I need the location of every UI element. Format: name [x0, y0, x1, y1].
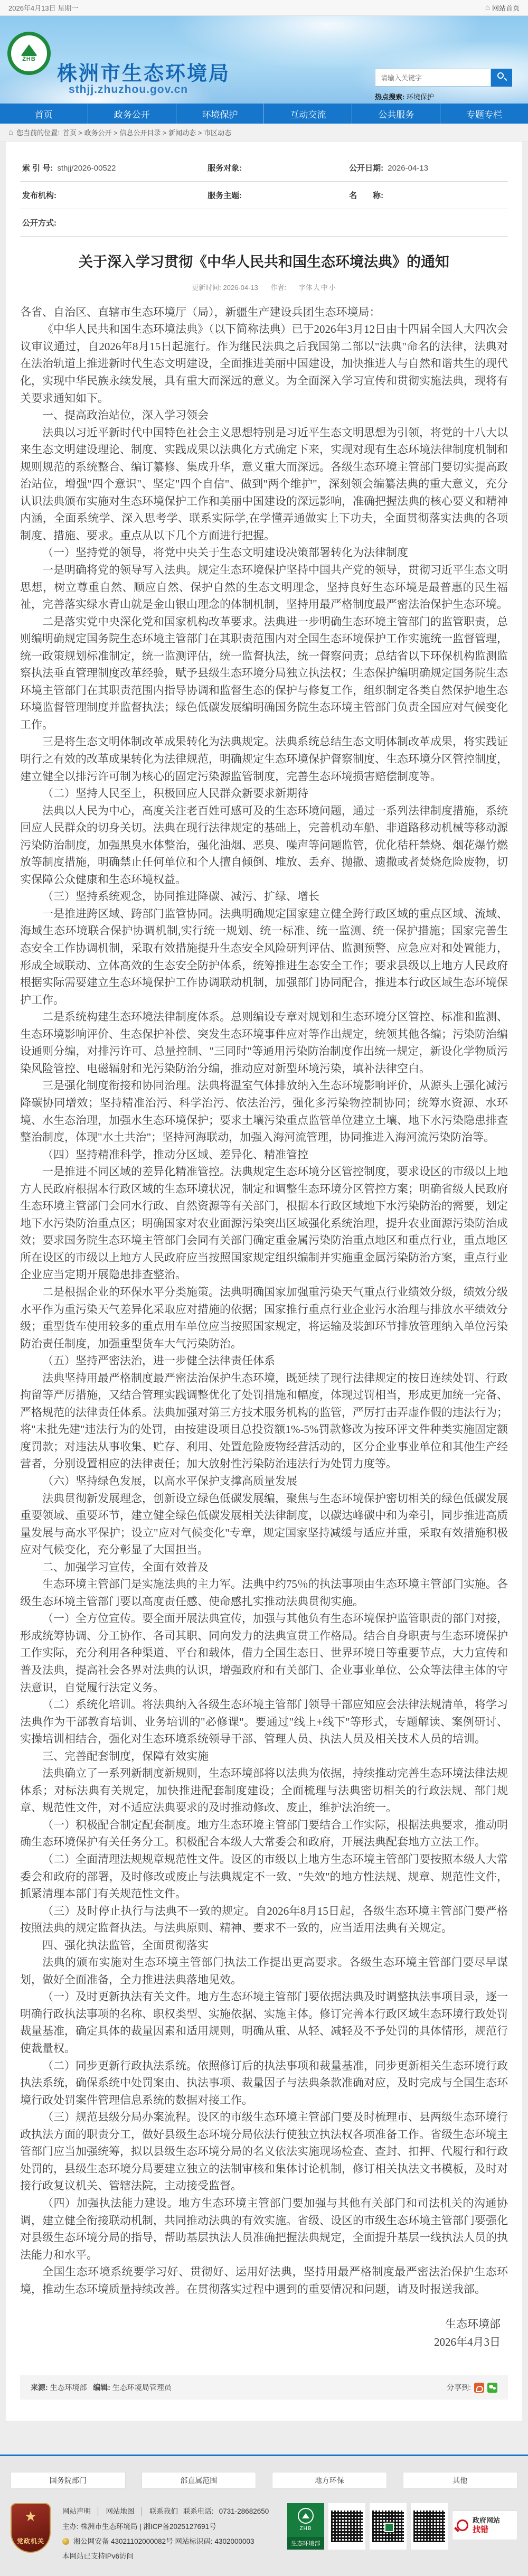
article-paragraph: 各省、自治区、直辖市生态环境厅（局），新疆生产建设兵团生态环境局： [20, 304, 508, 321]
home-icon: ⌂ [485, 4, 490, 12]
article-paragraph: （五）坚持严密法治，进一步健全法律责任体系 [20, 1352, 508, 1370]
badge-label: 党政机关 [17, 2536, 44, 2545]
article-paragraph: （三）规范县级分局办案流程。设区的市级生态环境主管部门要及时梳理市、县两级生态环… [20, 2109, 508, 2195]
editor-label: 编辑: [93, 2383, 110, 2392]
source-bar: 来源: 生态环境部 编辑: 生态环境局管理员 分享到: [20, 2375, 508, 2400]
meta-value: sthjj/2026-00522 [58, 164, 116, 173]
article-paragraph: （二）系统化培训。将法典纳入各级生态环境主管部门领导干部应知应会法律法规清单，将… [20, 1696, 508, 1748]
search-icon [497, 72, 504, 79]
article-paragraph: 法典以习近平新时代中国特色社会主义思想特别是习近平生态文明思想为引领，将党的十八… [20, 424, 508, 545]
qr-code-3 [411, 2503, 448, 2550]
mee-zhb-text: ZHB [300, 2526, 312, 2532]
footer-main: ★ 党政机关 网站声明│ 网站地图│ 联系我们 联系电话: 0731-28682… [11, 2503, 517, 2564]
qr-code-1 [328, 2503, 365, 2550]
article-title: 关于深入学习贯彻《中华人民共和国生态环境法典》的通知 [41, 252, 487, 273]
article-paragraph: （三）及时停止执行与法典不一致的规定。自2026年8月15日起，各级生态环境主管… [20, 1903, 508, 1937]
site-code-label: 网站标识码: [175, 2537, 212, 2545]
meta-cell: 公开日期: 2026-04-13 [347, 154, 508, 182]
article-paragraph: 一是推进跨区域、跨部门监管协同。法典明确规定国家建立健全跨行政区域的重点区域、流… [20, 905, 508, 1008]
footer-info: 网站声明│ 网站地图│ 联系我们 联系电话: 0731-28682650 主办:… [62, 2503, 276, 2564]
source-editor: 来源: 生态环境部 编辑: 生态环境局管理员 [31, 2382, 172, 2393]
article-paragraph: （二）全面清理法规规章规范性文件。设区的市级以上地方生态环境主管部门要按照本级人… [20, 1851, 508, 1903]
article-paragraph: （三）坚持系统观念，协同推进降碳、减污、扩绿、增长 [20, 888, 508, 905]
error-magnifier-icon [457, 2519, 468, 2531]
article-paragraph: 法典贯彻新发展理念，创新设立绿色低碳发展编，聚焦与生态环境保护密切相关的绿色低碳… [20, 1490, 508, 1559]
footer-dropdown[interactable]: 部直属范围 [142, 2472, 257, 2488]
meta-cell: 服务主题: [205, 182, 347, 209]
meta-label: 发布机构: [22, 191, 56, 200]
font-size-large[interactable]: 大 [313, 284, 320, 292]
footer-link-contact[interactable]: 联系我们 [149, 2504, 178, 2519]
article-paragraph: （六）坚持绿色发展，以高水平保护支撑高质量发展 [20, 1473, 508, 1490]
source-label: 来源: [31, 2383, 48, 2392]
meta-label: 公开日期: [349, 164, 383, 173]
font-size-medium[interactable]: 中 [321, 284, 328, 292]
footer-link-selects: 国务院部门部直属范围地方环保其他 [11, 2472, 517, 2488]
meta-cell: 公开方式: [20, 209, 508, 237]
article-paragraph: 《中华人民共和国生态环境法典》（以下简称法典）已于2026年3月12日由十四届全… [20, 321, 508, 407]
breadcrumb-label: 您当前的位置: [16, 127, 60, 137]
meta-label: 名 称: [349, 191, 383, 200]
font-size-control: 字体大中小 [299, 284, 336, 292]
search-input[interactable] [375, 69, 491, 87]
current-date: 2026年4月13日 星期一 [8, 3, 78, 13]
mee-logo: ZHB 生态环境部 [287, 2503, 324, 2550]
gov-site-error-report-badge[interactable]: 政府网站 找错 [452, 2511, 517, 2540]
agency-logo: ZHB [7, 32, 51, 75]
article-paragraph: 二、加强学习宣传，全面有效普及 [20, 1559, 508, 1576]
signature-org: 生态环境部 [20, 2316, 508, 2334]
author-label: 作者: [271, 284, 287, 292]
meta-cell: 服务对象: [205, 154, 347, 182]
mee-name: 生态环境部 [287, 2537, 324, 2550]
article-paragraph: （二）同步更新行政执法系统。依照修订后的执法事项和裁量基准，同步更新相关生态环境… [20, 2057, 508, 2109]
article-paragraph: （一）坚持党的领导，将党中央关于生态文明建设决策部署转化为法律制度 [20, 544, 508, 561]
footer-link-sitemap[interactable]: 网站地图 [106, 2504, 134, 2519]
top-bar: 2026年4月13日 星期一 ⌂ 网站首页 [0, 0, 528, 16]
article-paragraph: 三是将生态文明体制改革成果转化为法典规定。法典系统总结生态文明体制改革成果，将实… [20, 733, 508, 785]
document-meta-table: 索 引 号: sthjj/2026-00522 服务对象: 公开日期: 2026… [20, 154, 508, 209]
link-separator: │ [96, 2504, 100, 2519]
error-badge-line2: 找错 [473, 2525, 500, 2535]
share-row: 分享到: [447, 2382, 497, 2393]
hot-search-term[interactable]: 环境保护 [407, 93, 434, 101]
footer-security-row: 湘公网安备 43021102000082号 网站标识码: 4302000003 [62, 2534, 276, 2549]
article-paragraph: 一是推进不同区域的差异化精准管控。法典规定生态环境分区管控制度，要求设区的市级以… [20, 1163, 508, 1284]
article-paragraph: 三是强化制度衔接和协同治理。法典将温室气体排放纳入生态环境影响评价，从源头上强化… [20, 1077, 508, 1146]
meta-label: 公开方式: [22, 219, 56, 228]
site-footer: 国务院部门部直属范围地方环保其他 ★ 党政机关 网站声明│ 网站地图│ 联系我们… [0, 2456, 528, 2575]
update-time: 更新时间: 2026-04-13 [192, 284, 258, 292]
signature-block: 生态环境部 2026年4月3日 [20, 2316, 508, 2351]
article-paragraph: （二）坚持人民至上，积极回应人民群众新要求新期待 [20, 785, 508, 802]
nav-item[interactable]: 互动交流 [264, 104, 352, 124]
home-link-label: 网站首页 [492, 3, 520, 13]
article-paragraph: 法典以人民为中心，高度关注老百姓可感可及的生态环境问题，通过一系列法律制度措施，… [20, 802, 508, 888]
source-value: 生态环境部 [50, 2383, 87, 2392]
nav-item[interactable]: 政务公开 [88, 104, 176, 124]
hot-search-label: 热点搜索: [375, 93, 404, 101]
hot-search: 热点搜索: 环境保护 [375, 91, 512, 101]
article-paragraph: 一是明确将党的领导写入法典。规定生态环境保护坚持中国共产党的领导，贯彻习近平生态… [20, 561, 508, 613]
signature-date: 2026年4月3日 [20, 2334, 508, 2352]
security-number: 湘公网安备 43021102000082号 [73, 2537, 173, 2545]
article-paragraph: （四）坚持精准科学，推动分区域、差异化、精准管控 [20, 1146, 508, 1164]
article-paragraph: 全国生态环境系统要学习好、贯彻好、运用好法典，坚持用最严格制度最严密法治保护生态… [20, 2263, 508, 2298]
breadcrumb-path[interactable]: 首页 > 政务公开 > 信息公开目录 > 新闻动态 > 市区动态 [63, 127, 231, 137]
qr-image [331, 2511, 363, 2542]
weibo-share-icon[interactable] [474, 2383, 484, 2393]
nav-item[interactable]: 首页 [0, 104, 88, 124]
article-paragraph: （一）及时更新执法有关文件。地方生态环境主管部门要依据法典及时调整执法事项目录，… [20, 1988, 508, 2057]
organizer: 主办: 株洲市生态环境局 [62, 2523, 138, 2531]
article-paragraph: 二是系统构建生态环境法律制度体系。总则编设专章对规划和生态环境分区管控、标准和监… [20, 1008, 508, 1077]
article-paragraph: （一）积极配合制定配套制度。地方生态环境主管部门要结合工作实际，根据法典要求，推… [20, 1816, 508, 1851]
editor-value: 生态环境局管理员 [112, 2383, 172, 2392]
footer-dropdown[interactable]: 国务院部门 [11, 2472, 126, 2488]
font-size-small[interactable]: 小 [329, 284, 336, 292]
nav-item[interactable]: 专题专栏 [440, 104, 528, 124]
meta-cell: 发布机构: [20, 182, 205, 209]
article-paragraph: （四）加强执法能力建设。地方生态环境主管部门要加强与其他有关部门和司法机关的沟通… [20, 2195, 508, 2263]
phone-number: 0731-28682650 [219, 2504, 269, 2519]
article-paragraph: 四、强化执法监管，全面贯彻落实 [20, 1937, 508, 1954]
footer-organizer-row: 主办: 株洲市生态环境局 | 湘ICP备2025127691号 [62, 2519, 276, 2534]
nav-item[interactable]: 环境保护 [176, 104, 265, 124]
logo-mountain-icon [21, 44, 37, 56]
footer-ipv6-row: 本网站已支持IPv6访问 [62, 2549, 276, 2564]
party-government-badge: ★ 党政机关 [11, 2503, 51, 2553]
article-meta-row: 更新时间: 2026-04-13 作者: 字体大中小 [20, 282, 508, 292]
logo-zhb-text: ZHB [22, 56, 36, 62]
article-paragraph: （一）全方位宣传。要全面开展法典宣传，加强与其他负有生态环境保护监管职责的部门对… [20, 1610, 508, 1696]
site-url: sthjj.zhuzhou.gov.cn [69, 83, 188, 96]
wechat-share-icon[interactable] [487, 2383, 497, 2393]
icp-number: 湘ICP备2025127691号 [144, 2523, 216, 2531]
qr-image [372, 2511, 404, 2542]
article-paragraph: 一、提高政治站位，深入学习领会 [20, 407, 508, 424]
footer-dropdown[interactable]: 其他 [403, 2472, 518, 2488]
site-title: 株洲市生态环境局 [57, 57, 230, 86]
article-paragraph: 二是落实党中央深化党和国家机构改革要求。法典进一步明确生态环境主管部门的监管职责… [20, 613, 508, 734]
public-security-icon [62, 2538, 69, 2545]
meta-cell: 索 引 号: sthjj/2026-00522 [20, 154, 205, 182]
article-body: 各省、自治区、直辖市生态环境厅（局），新疆生产建设兵团生态环境局：《中华人民共和… [20, 304, 508, 2298]
footer-links-row: 网站声明│ 网站地图│ 联系我们 联系电话: 0731-28682650 [62, 2504, 276, 2519]
phone-label: 联系电话: [183, 2504, 214, 2519]
search-button[interactable] [491, 69, 512, 87]
qr-image [413, 2511, 445, 2542]
breadcrumb: ⌂ 您当前的位置: 首页 > 政务公开 > 信息公开目录 > 新闻动态 > 市区… [0, 124, 528, 142]
article-paragraph: 二是根据企业的环保水平分类施策。法典明确国家加强重污染天气重点行业绩效分级，绩效… [20, 1284, 508, 1352]
breadcrumb-home-icon: ⌂ [8, 128, 13, 136]
content-card: 索 引 号: sthjj/2026-00522 服务对象: 公开日期: 2026… [6, 142, 522, 2421]
nav-item[interactable]: 公共服务 [352, 104, 440, 124]
share-label: 分享到: [447, 2382, 471, 2393]
meta-label: 服务对象: [208, 164, 242, 173]
link-separator: │ [139, 2504, 144, 2519]
mee-emblem-icon [298, 2508, 314, 2524]
error-badge-line1: 政府网站 [473, 2516, 500, 2525]
font-size-label: 字体 [299, 284, 313, 292]
site-home-link[interactable]: ⌂ 网站首页 [485, 3, 520, 13]
footer-link-statement[interactable]: 网站声明 [62, 2504, 91, 2519]
document-meta-lastrow: 公开方式: [20, 209, 508, 237]
main-nav: 首页政务公开环境保护互动交流公共服务专题专栏 [0, 104, 528, 124]
article-paragraph: 法典的颁布实施对生态环境主管部门执法工作提出更高要求。各级生态环境主管部门要尽早… [20, 1954, 508, 1988]
article-paragraph: 生态环境主管部门是实施法典的主力军。法典中约75％的执法事项由生态环境主管部门实… [20, 1576, 508, 1610]
qr-code-2 [370, 2503, 407, 2550]
meta-cell: 名 称: [347, 182, 508, 209]
site-code: 4302000003 [214, 2537, 254, 2545]
footer-dropdown[interactable]: 地方环保 [272, 2472, 387, 2488]
site-header: ZHB 株洲市生态环境局 sthjj.zhuzhou.gov.cn 热点搜索: … [0, 16, 528, 104]
meta-value: 2026-04-13 [388, 164, 428, 173]
article-paragraph: 法典确立了一系列新制度新规则，生态环境部将以法典为依据，持续推动完善生态环境法律… [20, 1765, 508, 1816]
article-paragraph: 三、完善配套制度，保障有效实施 [20, 1748, 508, 1765]
search-area: 热点搜索: 环境保护 [375, 69, 512, 101]
meta-label: 索 引 号: [22, 164, 53, 173]
footer-logos: ZHB 生态环境部 政府网站 找错 [287, 2503, 517, 2550]
meta-label: 服务主题: [208, 191, 242, 200]
badge-star-icon: ★ [24, 2509, 36, 2523]
article-paragraph: 法典坚持用最严格制度最严密法治保护生态环境，既延续了现行法律规定的按日连续处罚、… [20, 1370, 508, 1473]
